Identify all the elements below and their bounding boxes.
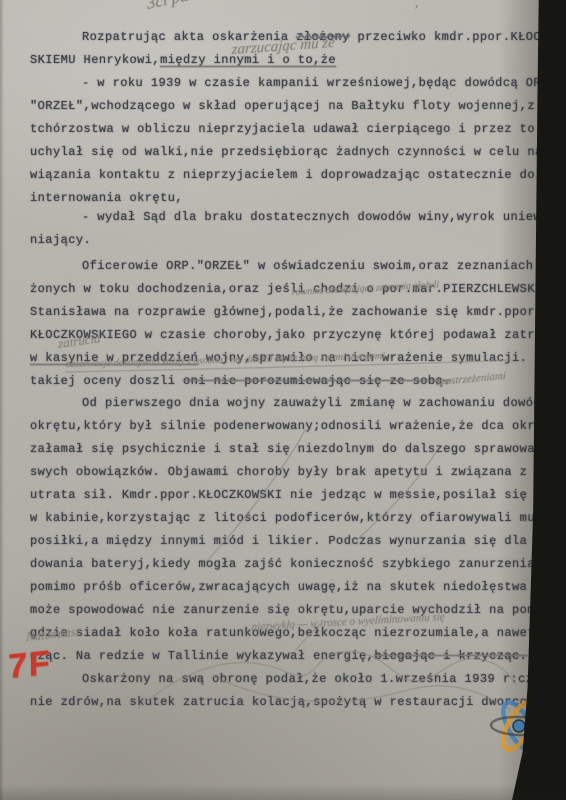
typed-line: w kabinie,korzystając z litości podofice… xyxy=(30,507,530,530)
typed-segment: przeciwko kmdr.ppor.KŁOCZKOW- xyxy=(350,30,566,44)
typed-segment: posiłki,a między innymi miód i likier. P… xyxy=(30,534,558,548)
typed-segment: tchórzostwa w obliczu nieprzyjaciela uda… xyxy=(30,122,535,136)
typed-line: nie zdrów,na skutek zatrucia kolacją,spo… xyxy=(30,691,530,714)
typed-paragraph: Oficerowie ORP."ORZEŁ" w oświadczeniu sw… xyxy=(30,255,530,393)
typed-line: tchórzostwa w obliczu nieprzyjaciela uda… xyxy=(30,118,530,141)
typed-line: niający. xyxy=(30,229,530,252)
typed-line: żonych w toku dochodzenia,oraz jeśli cho… xyxy=(30,278,530,301)
typed-segment: SKIEMU Henrykowi, xyxy=(30,53,160,67)
typed-line: SKIEMU Henrykowi,między innymi i o to,że xyxy=(30,49,530,72)
typed-line: takiej oceny doszli oni nie porozumiewaj… xyxy=(30,370,530,393)
typed-line: może spowodować nie zanurzenie się okręt… xyxy=(30,599,530,622)
typed-line: Oskarżony na swą obronę podał,że około 1… xyxy=(30,668,530,691)
typed-line: cząc. Na redzie w Tallinie wykazywał ene… xyxy=(30,645,530,668)
typed-segment: gdzie siadał koło koła ratunkowego,bełko… xyxy=(30,626,566,640)
typed-segment: wojny,sprawiło na nich wrażenie symulacj… xyxy=(198,351,550,365)
typed-line: okrętu,który był silnie podenerwowany;od… xyxy=(30,415,530,438)
typed-segment-strike: oni nie porozumiewając się ze sobą. xyxy=(183,374,451,388)
typewritten-text-block: Rozpatrując akta oskarżenia złożony prze… xyxy=(0,0,566,800)
typed-line: w kasynie w przeddzień wojny,sprawiło na… xyxy=(30,347,530,370)
typed-paragraph: - wydał Sąd dla braku dostatecznych dowo… xyxy=(30,206,530,252)
typed-segment: cząc. Na redzie w Tallinie wykazywał ene… xyxy=(30,649,374,663)
typed-line: pomimo próśb oficerów,zwracających uwagę… xyxy=(30,576,530,599)
typed-line: Stanisława na rozprawie głównej,podali,ż… xyxy=(30,301,530,324)
typed-paragraph: Oskarżony na swą obronę podał,że około 1… xyxy=(30,668,530,714)
typed-segment-strike: biegając i krzycząc. xyxy=(374,649,527,663)
typed-segment: Oficerowie ORP."ORZEŁ" w oświadczeniu sw… xyxy=(82,259,566,273)
typed-line: Oficerowie ORP."ORZEŁ" w oświadczeniu sw… xyxy=(30,255,530,278)
typed-segment: - w roku 1939 w czasie kampanii wrześnio… xyxy=(82,76,556,90)
typed-segment: utrata sił. Kmdr.ppor.KŁOCZKOWSKI nie je… xyxy=(30,488,527,502)
typed-segment: załamał się psychicznie i stał się niezd… xyxy=(30,442,558,456)
typed-segment: "ORZEŁ",wchodzącego w skład operującej n… xyxy=(30,99,535,113)
typed-segment: Od pierwszego dnia wojny zauważyli zmian… xyxy=(82,396,556,410)
typed-segment: pomimo próśb oficerów,zwracających uwagę… xyxy=(30,580,566,594)
typed-line: wiązania kontaktu z nieprzyjacielem i do… xyxy=(30,164,530,187)
typed-segment: w kabinie,korzystając z litości podofice… xyxy=(30,511,535,525)
typed-line: załamał się psychicznie i stał się niezd… xyxy=(30,438,530,461)
typed-segment: nie zdrów,na skutek zatrucia kolacją,spo… xyxy=(30,695,558,709)
typed-segment: uchylał się od walki,nie przedsiębiorąc … xyxy=(30,145,550,159)
typed-segment: - wydał Sąd dla braku dostatecznych dowo… xyxy=(82,210,564,224)
typed-segment: dowania bateryj,kiedy mogła zajść koniec… xyxy=(30,557,566,571)
typed-line: posiłki,a między innymi miód i likier. P… xyxy=(30,530,530,553)
typed-line: dowania bateryj,kiedy mogła zajść koniec… xyxy=(30,553,530,576)
typed-paragraph: Rozpatrując akta oskarżenia złożony prze… xyxy=(30,26,530,72)
typed-segment-wavy: złożony xyxy=(296,30,350,44)
typed-segment-u: w kasynie w przeddzień xyxy=(30,351,198,365)
typed-line: Od pierwszego dnia wojny zauważyli zmian… xyxy=(30,392,530,415)
typed-segment: swych obowiązków. Objawami choroby były … xyxy=(30,465,558,479)
scanned-document-page: Rozpatrując akta oskarżenia złożony prze… xyxy=(0,0,566,800)
typed-segment: wiązania kontaktu z nieprzyjacielem i do… xyxy=(30,168,535,182)
typed-segment: internowania okrętu, xyxy=(30,191,183,205)
typed-line: uchylał się od walki,nie przedsiębiorąc … xyxy=(30,141,530,164)
typed-line: swych obowiązków. Objawami choroby były … xyxy=(30,461,530,484)
typed-line: - wydał Sąd dla braku dostatecznych dowo… xyxy=(30,206,530,229)
typed-segment: KŁOCZKOWSKIEGO w czasie choroby,jako prz… xyxy=(30,328,566,342)
typed-segment: Rozpatrując akta oskarżenia xyxy=(82,30,296,44)
typed-paragraph: - w roku 1939 w czasie kampanii wrześnio… xyxy=(30,72,530,210)
typed-line: "ORZEŁ",wchodzącego w skład operującej n… xyxy=(30,95,530,118)
typed-line: utrata sił. Kmdr.ppor.KŁOCZKOWSKI nie je… xyxy=(30,484,530,507)
typed-line: - w roku 1939 w czasie kampanii wrześnio… xyxy=(30,72,530,95)
typed-segment: takiej oceny doszli xyxy=(30,374,183,388)
typed-segment: niający. xyxy=(30,233,91,247)
typed-segment: może spowodować nie zanurzenie się okręt… xyxy=(30,603,566,617)
typed-segment-u: między innymi i o to,że xyxy=(160,53,336,67)
typed-line: gdzie siadał koło koła ratunkowego,bełko… xyxy=(30,622,530,645)
typed-segment: Stanisława na rozprawie głównej,podali,ż… xyxy=(30,305,543,319)
typed-segment: okrętu,który był silnie podenerwowany;od… xyxy=(30,419,558,433)
typed-line: Rozpatrując akta oskarżenia złożony prze… xyxy=(30,26,530,49)
typed-segment: żonych w toku dochodzenia,oraz jeśli cho… xyxy=(30,282,566,296)
typed-paragraph: Od pierwszego dnia wojny zauważyli zmian… xyxy=(30,392,530,668)
typed-segment: Oskarżony na swą obronę podał,że około 1… xyxy=(82,672,566,686)
typed-line: KŁOCZKOWSKIEGO w czasie choroby,jako prz… xyxy=(30,324,530,347)
